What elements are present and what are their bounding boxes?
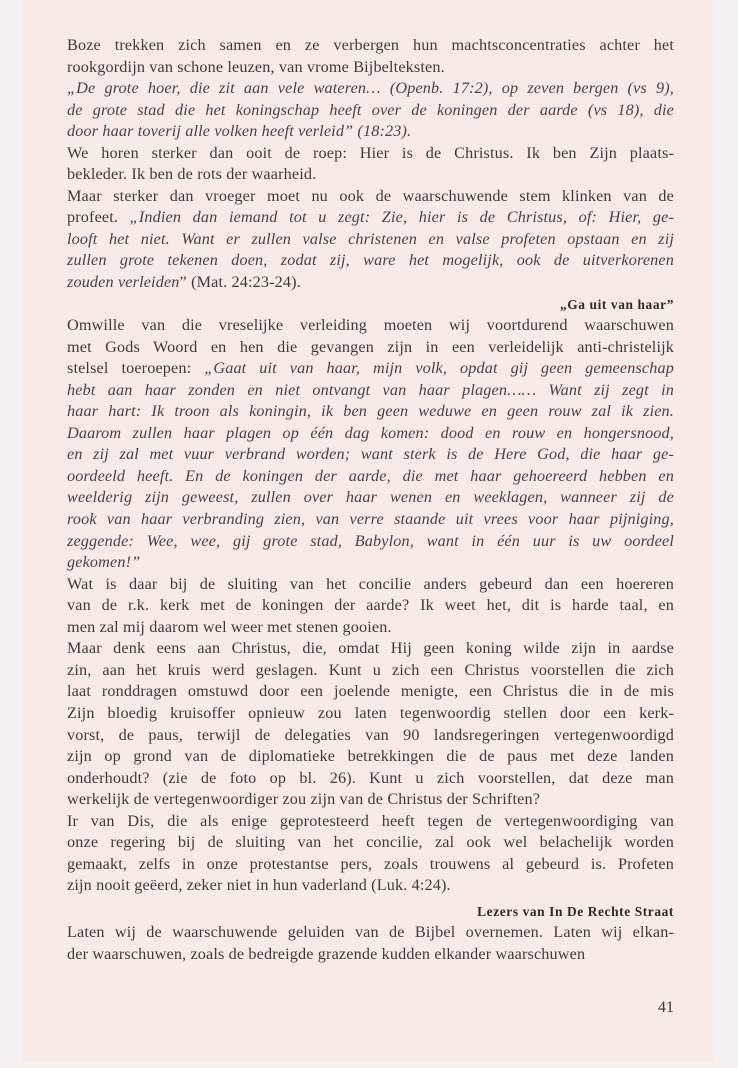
paragraph: Maar denk eens aan Christus, die, omdat … — [67, 638, 674, 810]
page-number: 41 — [67, 998, 674, 1017]
section-lezers: Laten wij de waarschuwende geluiden van … — [67, 922, 674, 965]
quoted-text: rook van haar verbranding zien, van verr… — [67, 510, 674, 528]
text-line: men zal mij daarom wel weer met stenen g… — [67, 617, 674, 639]
body-text-span: Wat is daar bij de sluiting van het conc… — [67, 575, 674, 593]
quoted-text: hebt aan haar zonden en niet ontvangt va… — [67, 381, 674, 399]
body-text-span: gemaakt, zelfs in onze protestantse pers… — [67, 855, 674, 873]
text-line: stelsel toeroepen: „Gaat uit van haar, m… — [67, 358, 674, 380]
body-text-span: zijn op grond van de diplomatieke betrek… — [67, 747, 674, 765]
quoted-text: „Indien dan iemand tot u zegt: Zie, hier… — [130, 208, 674, 226]
text-line: gekomen!” — [67, 552, 674, 574]
text-line: We horen sterker dan ooit de roep: Hier … — [67, 143, 674, 165]
text-line: onderhoudt? (zie de foto op bl. 26). Kun… — [67, 768, 674, 790]
body-text-span: Maar denk eens aan Christus, die, omdat … — [67, 639, 674, 657]
section-intro: Boze trekken zich samen en ze verbergen … — [67, 35, 674, 294]
text-line: „De grote hoer, die zit aan vele wateren… — [67, 78, 674, 100]
body-text-span: met Gods Woord en hen die gevangen zijn … — [67, 338, 674, 356]
paragraph: Ir van Dis, die als enige geprotesteerd … — [67, 811, 674, 897]
quoted-text: haar hart: Ik troon als koningin, ik ben… — [67, 402, 674, 420]
body-text-span: werkelijk de vertegenwoordiger zou zijn … — [67, 790, 540, 808]
text-line: profeet. „Indien dan iemand tot u zegt: … — [67, 207, 674, 229]
body-text-span: men zal mij daarom wel weer met stenen g… — [67, 618, 392, 636]
text-line: Boze trekken zich samen en ze verbergen … — [67, 35, 674, 57]
quoted-text: weelderig zijn geweest, zullen over haar… — [67, 488, 674, 506]
quoted-text: gekomen!” — [67, 553, 140, 571]
text-line: zijn op grond van de diplomatieke betrek… — [67, 746, 674, 768]
text-line: de grote stad die het koningschap heeft … — [67, 100, 674, 122]
paragraph: We horen sterker dan ooit de roep: Hier … — [67, 143, 674, 186]
text-line: laat ronddragen omstuwd door een joelend… — [67, 681, 674, 703]
section-ga-uit-van-haar: Omwille van die vreselijke verleiding mo… — [67, 315, 674, 897]
body-text-span: Omwille van die vreselijke verleiding mo… — [67, 316, 674, 334]
body-text-span: der waarschuwen, zoals de bedreigde graz… — [67, 945, 585, 963]
body-text-span: ” (Mat. 24:23-24). — [180, 273, 301, 291]
text-line: der waarschuwen, zoals de bedreigde graz… — [67, 944, 674, 966]
quoted-text: „De grote hoer, die zit aan vele wateren… — [67, 79, 674, 97]
body-text-span: rookgordijn van schone leuzen, van vrome… — [67, 58, 445, 76]
text-line: van de r.k. kerk met de koningen der aar… — [67, 595, 674, 617]
text-line: Zijn bloedig kruisoffer opnieuw zou late… — [67, 703, 674, 725]
body-text-span: onze regering bij de sluiting van het co… — [67, 833, 674, 851]
text-line: vorst, de paus, terwijl de delegaties va… — [67, 725, 674, 747]
text-line: hebt aan haar zonden en niet ontvangt va… — [67, 380, 674, 402]
text-line: haar hart: Ik troon als koningin, ik ben… — [67, 401, 674, 423]
body-text-span: onderhoudt? (zie de foto op bl. 26). Kun… — [67, 769, 674, 787]
body-text-span: profeet. — [67, 208, 130, 226]
text-line: door haar toverij alle volken heeft verl… — [67, 121, 674, 143]
text-line: Maar sterker dan vroeger moet nu ook de … — [67, 186, 674, 208]
text-line: met Gods Woord en hen die gevangen zijn … — [67, 337, 674, 359]
text-line: Wat is daar bij de sluiting van het conc… — [67, 574, 674, 596]
text-line: zullen grote tekenen doen, zodat zij, wa… — [67, 250, 674, 272]
text-line: Maar denk eens aan Christus, die, omdat … — [67, 638, 674, 660]
text-line: oordeeld heeft. En de koningen der aarde… — [67, 466, 674, 488]
text-line: Ir van Dis, die als enige geprotesteerd … — [67, 811, 674, 833]
text-line: bekleder. Ik ben de rots der waarheid. — [67, 164, 674, 186]
text-line: rookgordijn van schone leuzen, van vrome… — [67, 57, 674, 79]
body-text-span: Ir van Dis, die als enige geprotesteerd … — [67, 812, 674, 830]
text-line: rook van haar verbranding zien, van verr… — [67, 509, 674, 531]
text-line: onze regering bij de sluiting van het co… — [67, 832, 674, 854]
quoted-text: zullen grote tekenen doen, zodat zij, wa… — [67, 251, 674, 269]
quoted-text: zouden verleiden — [67, 273, 180, 291]
text-line: werkelijk de vertegenwoordiger zou zijn … — [67, 789, 674, 811]
quoted-text: door haar toverij alle volken heeft verl… — [67, 122, 411, 140]
text-line: zouden verleiden” (Mat. 24:23-24). — [67, 272, 674, 294]
quoted-text: Daarom zullen haar plagen op één dag kom… — [67, 424, 674, 442]
quoted-text: oordeeld heeft. En de koningen der aarde… — [67, 467, 674, 485]
text-line: zeggende: Wee, wee, gij grote stad, Baby… — [67, 531, 674, 553]
text-line: gemaakt, zelfs in onze protestantse pers… — [67, 854, 674, 876]
text-line: Omwille van die vreselijke verleiding mo… — [67, 315, 674, 337]
paragraph: Laten wij de waarschuwende geluiden van … — [67, 922, 674, 965]
body-text-span: Maar sterker dan vroeger moet nu ook de … — [67, 187, 674, 205]
text-line: weelderig zijn geweest, zullen over haar… — [67, 487, 674, 509]
section-heading-ga-uit-van-haar: „Ga uit van haar” — [67, 294, 674, 316]
text-line: en zij zal met vuur verbrand worden; wan… — [67, 444, 674, 466]
text-line: zin, aan het kruis werd geslagen. Kunt u… — [67, 660, 674, 682]
body-text-span: van de r.k. kerk met de koningen der aar… — [67, 596, 674, 614]
paragraph: Boze trekken zich samen en ze verbergen … — [67, 35, 674, 78]
text-line: Laten wij de waarschuwende geluiden van … — [67, 922, 674, 944]
text-line: zijn nooit geëerd, zeker niet in hun vad… — [67, 875, 674, 897]
body-text: Boze trekken zich samen en ze verbergen … — [67, 35, 674, 966]
paragraph: Wat is daar bij de sluiting van het conc… — [67, 574, 674, 639]
body-text-span: Laten wij de waarschuwende geluiden van … — [67, 923, 674, 941]
text-line: looft het niet. Want er zullen valse chr… — [67, 229, 674, 251]
paragraph: Maar sterker dan vroeger moet nu ook de … — [67, 186, 674, 294]
body-text-span: Boze trekken zich samen en ze verbergen … — [67, 36, 674, 54]
quoted-text: zeggende: Wee, wee, gij grote stad, Baby… — [67, 532, 674, 550]
body-text-span: vorst, de paus, terwijl de delegaties va… — [67, 726, 674, 744]
quoted-text: de grote stad die het koningschap heeft … — [67, 101, 674, 119]
body-text-span: We horen sterker dan ooit de roep: Hier … — [67, 144, 674, 162]
quoted-text: en zij zal met vuur verbrand worden; wan… — [67, 445, 674, 463]
body-text-span: bekleder. Ik ben de rots der waarheid. — [67, 165, 316, 183]
body-text-span: stelsel toeroepen: — [67, 359, 204, 377]
body-text-span: zijn nooit geëerd, zeker niet in hun vad… — [67, 876, 451, 894]
document-page: Boze trekken zich samen en ze verbergen … — [22, 0, 715, 1063]
paragraph: Omwille van die vreselijke verleiding mo… — [67, 315, 674, 574]
quoted-text: „Gaat uit van haar, mijn volk, opdat gij… — [204, 359, 674, 377]
quoted-text: looft het niet. Want er zullen valse chr… — [67, 230, 674, 248]
section-heading-lezers: Lezers van In De Rechte Straat — [67, 901, 674, 923]
paragraph: „De grote hoer, die zit aan vele wateren… — [67, 78, 674, 143]
text-line: Daarom zullen haar plagen op één dag kom… — [67, 423, 674, 445]
body-text-span: Zijn bloedig kruisoffer opnieuw zou late… — [67, 704, 674, 722]
body-text-span: zin, aan het kruis werd geslagen. Kunt u… — [67, 661, 674, 679]
body-text-span: laat ronddragen omstuwd door een joelend… — [67, 682, 674, 700]
